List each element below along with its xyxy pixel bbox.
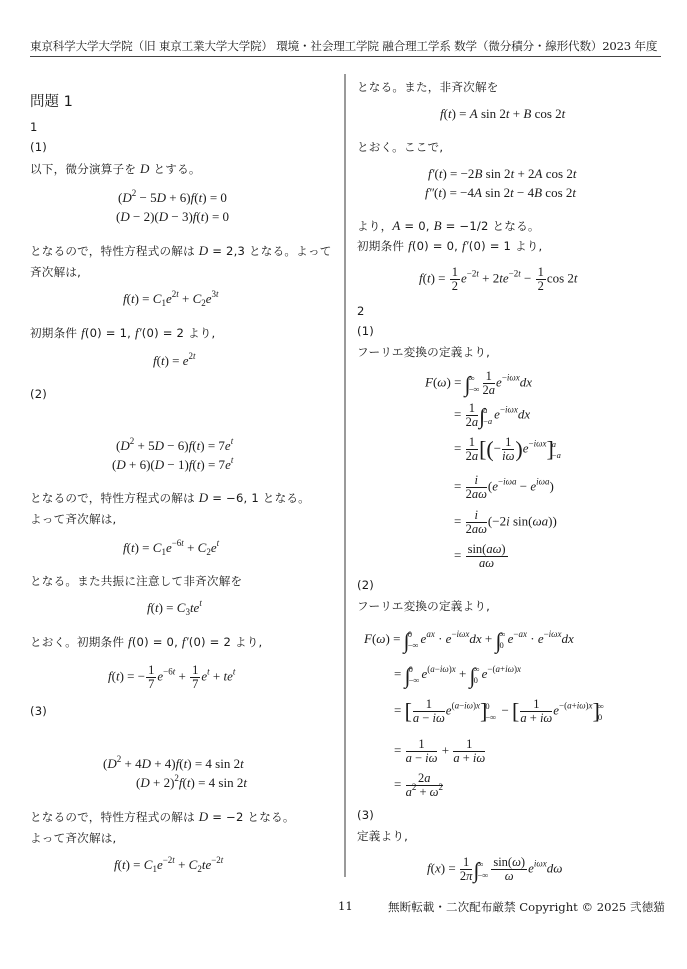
equation: = 12a[(−1iω)e−iωx]a−a [454,436,563,463]
problem-title: 問題 1 [30,90,73,111]
equation: = sin(aω)aω [454,543,509,570]
body-text: となるので，特性方程式の解は D = 2,3 となる。よって [30,243,332,259]
body-text: 定義より, [357,828,408,844]
question-label: (3) [30,704,47,718]
copyright-notice: 無断転載・二次配布厳禁 Copyright © 2025 弐徳猫 [388,899,665,915]
body-text: 初期条件 f(0) = 1, f′(0) = 2 より, [30,325,215,341]
question-label: (3) [357,808,374,822]
equation: f(t) = A sin 2t + B cos 2t [440,106,565,122]
body-text: となる。また共振に注意して非斉次解を [30,573,242,589]
equation: (D + 6)(D − 1)f(t) = 7et [112,457,233,473]
body-text: よって斉次解は, [30,830,116,846]
body-text: とおく。ここで, [357,139,443,155]
equation: f(t) = C3tet [147,600,202,616]
header-title: 東京科学大学大学院（旧 東京工業大学大学院） 環境・社会理工学院 融合理工学系 … [30,38,660,54]
equation: F(ω) = ∫0−∞eax · e−iωxdx + ∫∞0e−ax · e−i… [364,628,574,654]
part-label: 1 [30,120,38,134]
question-label: (1) [357,324,374,338]
column-divider [344,74,346,877]
body-text: とおく。初期条件 f(0) = 0, f′(0) = 2 より, [30,634,262,650]
equation: = ∫0−∞e(a−iω)x + ∫∞0e−(a+iω)x [394,663,521,689]
equation: f′(t) = −2B sin 2t + 2A cos 2t [428,166,576,182]
question-label: (2) [357,578,374,592]
equation: = i2aω(e−iωa − eiωa) [454,474,554,501]
question-label: (2) [30,387,47,401]
body-text: フーリエ変換の定義より, [357,344,490,360]
equation: (D2 + 4D + 4)f(t) = 4 sin 2t [103,756,244,772]
equation: f″(t) = −4A sin 2t − 4B cos 2t [425,185,576,201]
equation: f(t) = C1e2t + C2e3t [123,291,219,307]
equation: f(t) = C1e−6t + C2et [123,540,219,556]
equation: (D − 2)(D − 3)f(t) = 0 [116,209,229,225]
equation: (D + 2)2f(t) = 4 sin 2t [136,775,247,791]
equation: f(t) = e2t [153,353,196,369]
body-text: となるので，特性方程式の解は D = −6, 1 となる。 [30,490,310,506]
equation: f(t) = −17e−6t + 17et + tet [108,664,235,691]
equation: (D2 + 5D − 6)f(t) = 7et [116,438,233,454]
equation: = 12a∫a−ae−iωxdx [454,402,530,429]
equation: = [1a − iωe(a−iω)x]0−∞ − [1a + iωe−(a+iω… [394,698,606,725]
body-text: よって斉次解は, [30,511,116,527]
body-text: より，A = 0, B = −1/2 となる。 [357,218,540,234]
part-label: 2 [357,304,365,318]
body-text: フーリエ変換の定義より, [357,598,490,614]
question-label: (1) [30,140,47,154]
page-number: 11 [338,899,353,913]
body-text: 斉次解は, [30,264,81,280]
body-text: となる。また，非斉次解を [357,79,499,95]
equation: = i2aω(−2i sin(ωa)) [454,509,557,536]
body-text: 初期条件 f(0) = 0, f′(0) = 1 より, [357,238,542,254]
equation: f(t) = C1e−2t + C2te−2t [114,857,223,873]
equation: = 2aa2 + ω2 [394,772,444,799]
intro-text: 以下，微分演算子を D とする。 [30,161,201,177]
equation: (D2 − 5D + 6)f(t) = 0 [118,190,227,206]
header-rule [30,56,661,57]
equation: f(x) = 12π∫∞−∞sin(ω)ωeiωxdω [427,856,562,883]
equation: F(ω) = ∫∞−∞12ae−iωxdx [425,370,532,397]
equation: f(t) = 12e−2t + 2te−2t − 12cos 2t [419,266,578,293]
body-text: となるので，特性方程式の解は D = −2 となる。 [30,809,295,825]
equation: = 1a − iω + 1a + iω [394,738,486,765]
